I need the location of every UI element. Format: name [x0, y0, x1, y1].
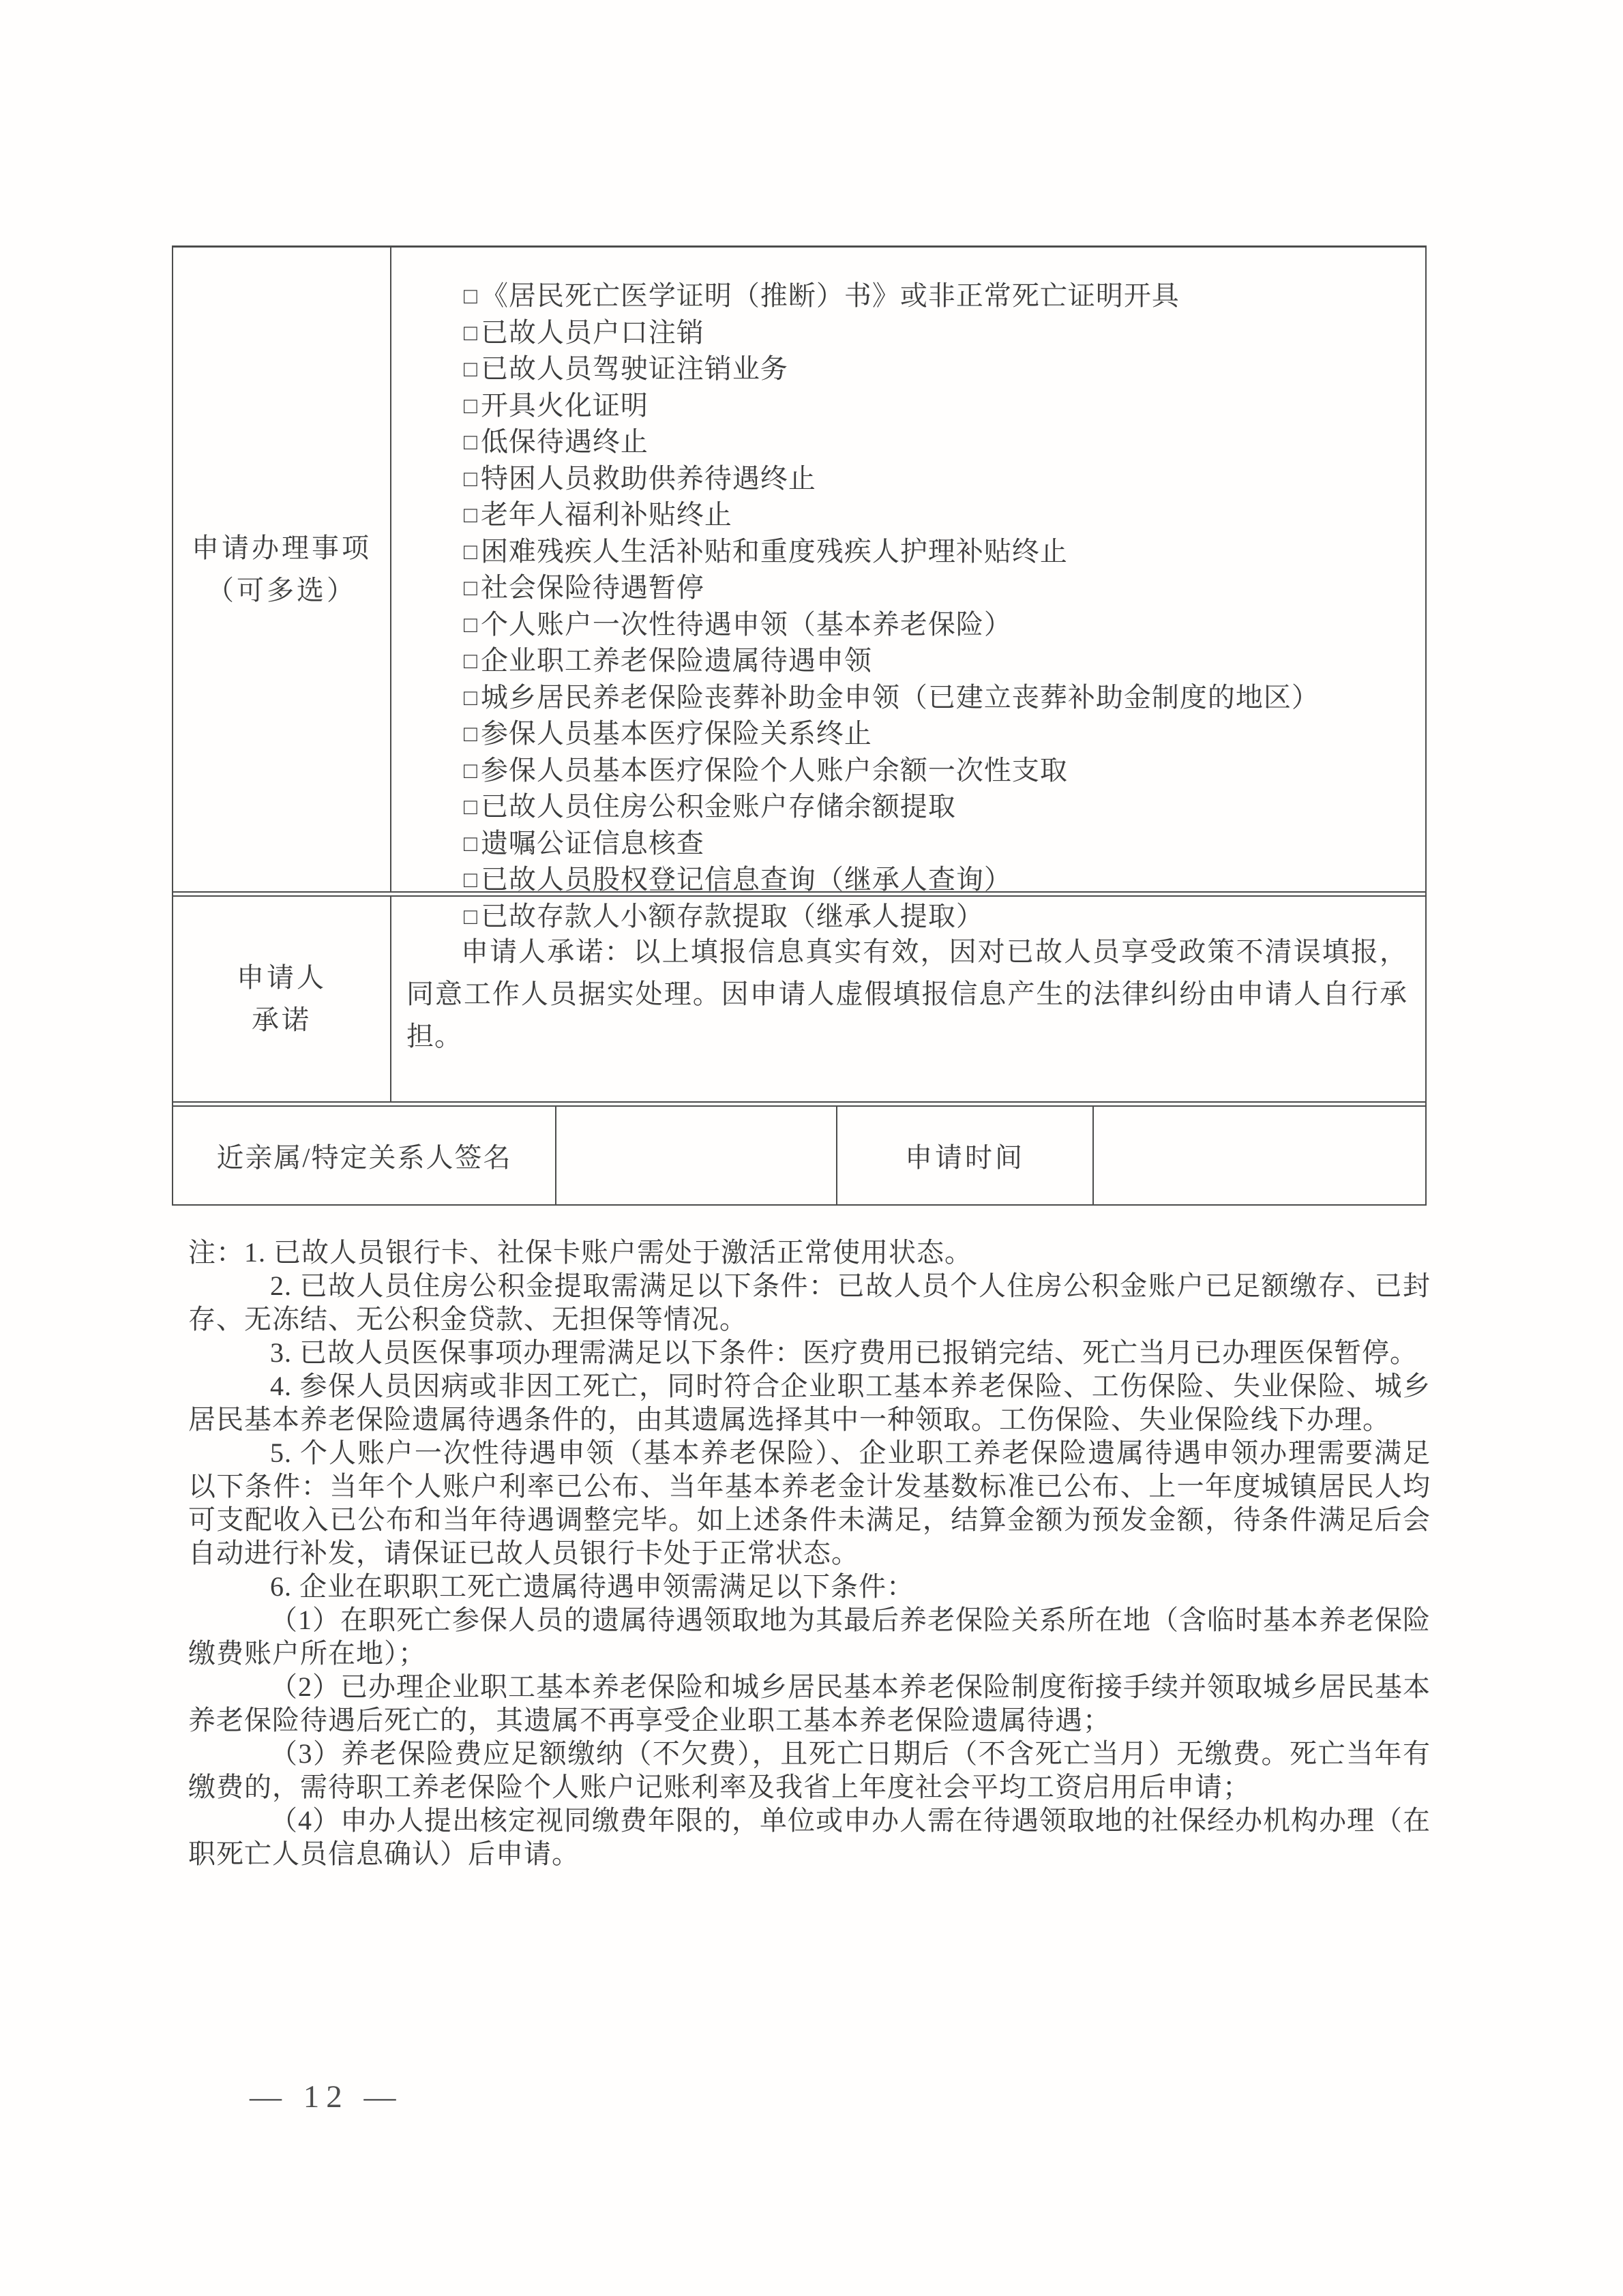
pledge-row-header-line2: 承诺: [252, 999, 312, 1041]
note-paragraph: （4）申办人提出核定视同缴费年限的，单位或申办人需在待遇领取地的社保经办机构办理…: [188, 1804, 1431, 1870]
checkbox-unchecked-icon: □: [464, 718, 478, 752]
signer-name-field: [556, 1107, 837, 1204]
checkbox-item-label: 参保人员基本医疗保险关系终止: [481, 718, 872, 749]
checkbox-unchecked-icon: □: [464, 864, 478, 898]
checkbox-item: □老年人福利补贴终止: [464, 498, 1414, 535]
checkbox-item: □已故人员住房公积金账户存储余额提取: [464, 790, 1414, 826]
checkbox-unchecked-icon: □: [464, 609, 478, 643]
checkbox-item: □已故人员股权登记信息查询（继承人查询）: [464, 863, 1414, 899]
items-row-header: 申请办理事项 （可多选）: [173, 248, 391, 891]
checkbox-unchecked-icon: □: [464, 390, 478, 424]
checkbox-item: □困难残疾人生活补贴和重度残疾人护理补贴终止: [464, 535, 1414, 571]
row-divider: [173, 1101, 1425, 1107]
note-paragraph: （3）养老保险费应足额缴纳（不欠费），且死亡日期后（不含死亡当月）无缴费。死亡当…: [188, 1737, 1431, 1804]
checkbox-item: □参保人员基本医疗保险关系终止: [464, 717, 1414, 754]
checkbox-unchecked-icon: □: [464, 828, 478, 862]
page-number: — 12 —: [250, 2078, 403, 2115]
note-paragraph: 6. 企业在职职工死亡遗属待遇申领需满足以下条件：: [188, 1570, 1431, 1603]
pledge-row-header-line1: 申请人: [237, 957, 327, 999]
pledge-row-header: 申请人 承诺: [173, 897, 391, 1101]
checkbox-item: □城乡居民养老保险丧葬补助金申领（已建立丧葬补助金制度的地区）: [464, 681, 1414, 717]
checkbox-item: □已故人员户口注销: [464, 316, 1414, 353]
checkbox-item-label: 社会保险待遇暂停: [481, 572, 704, 603]
signature-row: 近亲属/特定关系人签名 申请时间: [173, 1107, 1425, 1204]
note-paragraph: 3. 已故人员医保事项办理需满足以下条件：医疗费用已报销完结、死亡当月已办理医保…: [188, 1336, 1431, 1369]
checkbox-unchecked-icon: □: [464, 682, 478, 716]
checkbox-item-label: 已故人员驾驶证注销业务: [481, 353, 788, 384]
checkbox-unchecked-icon: □: [464, 317, 478, 351]
checkbox-item: □低保待遇终止: [464, 425, 1414, 462]
items-row-header-line1: 申请办理事项: [192, 527, 372, 569]
apply-time-label: 申请时间: [837, 1107, 1094, 1204]
checkbox-item-label: 低保待遇终止: [481, 426, 649, 457]
checkbox-item-label: 个人账户一次性待遇申领（基本养老保险）: [481, 609, 1012, 640]
checkbox-item-label: 已故人员户口注销: [481, 317, 704, 348]
pledge-cell: 申请人承诺：以上填报信息真实有效，因对已故人员享受政策不清误填报，同意工作人员据…: [391, 897, 1425, 1101]
checkbox-item-label: 已故人员股权登记信息查询（继承人查询）: [481, 864, 1012, 895]
checkbox-item: □遗嘱公证信息核查: [464, 826, 1414, 863]
checkbox-item-label: 城乡居民养老保险丧葬补助金申领（已建立丧葬补助金制度的地区）: [481, 682, 1320, 713]
checkbox-item-label: 《居民死亡医学证明（推断）书》或非正常死亡证明开具: [481, 280, 1180, 311]
checkbox-unchecked-icon: □: [464, 463, 478, 497]
checkbox-unchecked-icon: □: [464, 353, 478, 387]
checkbox-unchecked-icon: □: [464, 536, 478, 570]
note-paragraph: 4. 参保人员因病或非因工死亡，同时符合企业职工基本养老保险、工伤保险、失业保险…: [188, 1369, 1431, 1436]
apply-time-field: [1094, 1107, 1425, 1204]
items-list: □《居民死亡医学证明（推断）书》或非正常死亡证明开具 □已故人员户口注销 □已故…: [391, 248, 1425, 891]
form-table: 申请办理事项 （可多选） □《居民死亡医学证明（推断）书》或非正常死亡证明开具 …: [172, 245, 1427, 1206]
checkbox-item: □已故人员驾驶证注销业务: [464, 352, 1414, 389]
checkbox-item: □社会保险待遇暂停: [464, 571, 1414, 608]
pledge-row: 申请人 承诺 申请人承诺：以上填报信息真实有效，因对已故人员享受政策不清误填报，…: [173, 897, 1425, 1101]
checkbox-unchecked-icon: □: [464, 499, 478, 533]
checkbox-item: □《居民死亡医学证明（推断）书》或非正常死亡证明开具: [464, 279, 1414, 316]
note-paragraph: 2. 已故人员住房公积金提取需满足以下条件：已故人员个人住房公积金账户已足额缴存…: [188, 1269, 1431, 1336]
pledge-text: 申请人承诺：以上填报信息真实有效，因对已故人员享受政策不清误填报，同意工作人员据…: [406, 931, 1408, 1058]
notes-section: 注：1. 已故人员银行卡、社保卡账户需处于激活正常使用状态。 2. 已故人员住房…: [188, 1236, 1431, 1870]
checkbox-item: □开具火化证明: [464, 389, 1414, 426]
checkbox-item-label: 困难残疾人生活补贴和重度残疾人护理补贴终止: [481, 536, 1068, 567]
checkbox-item: □个人账户一次性待遇申领（基本养老保险）: [464, 608, 1414, 644]
checkbox-unchecked-icon: □: [464, 280, 478, 314]
signer-name-label: 近亲属/特定关系人签名: [173, 1107, 556, 1204]
checkbox-unchecked-icon: □: [464, 755, 478, 789]
items-row-header-line2: （可多选）: [207, 569, 357, 612]
scanned-form-page: 申请办理事项 （可多选） □《居民死亡医学证明（推断）书》或非正常死亡证明开具 …: [0, 0, 1623, 2296]
checkbox-item: □特困人员救助供养待遇终止: [464, 462, 1414, 498]
note-paragraph: （1）在职死亡参保人员的遗属待遇领取地为其最后养老保险关系所在地（含临时基本养老…: [188, 1603, 1431, 1670]
checkbox-unchecked-icon: □: [464, 426, 478, 460]
checkbox-item-label: 遗嘱公证信息核查: [481, 828, 704, 859]
checkbox-item: □参保人员基本医疗保险个人账户余额一次性支取: [464, 754, 1414, 790]
checkbox-item-label: 开具火化证明: [481, 390, 649, 421]
checkbox-item-label: 老年人福利补贴终止: [481, 499, 732, 530]
items-row: 申请办理事项 （可多选） □《居民死亡医学证明（推断）书》或非正常死亡证明开具 …: [173, 248, 1425, 891]
checkbox-item-label: 特困人员救助供养待遇终止: [481, 463, 816, 494]
checkbox-item-label: 企业职工养老保险遗属待遇申领: [481, 645, 872, 676]
note-paragraph: （2）已办理企业职工基本养老保险和城乡居民基本养老保险制度衔接手续并领取城乡居民…: [188, 1670, 1431, 1737]
checkbox-unchecked-icon: □: [464, 572, 478, 606]
checkbox-unchecked-icon: □: [464, 791, 478, 825]
note-paragraph: 注：1. 已故人员银行卡、社保卡账户需处于激活正常使用状态。: [188, 1236, 1431, 1269]
checkbox-unchecked-icon: □: [464, 645, 478, 679]
checkbox-item: □企业职工养老保险遗属待遇申领: [464, 644, 1414, 681]
checkbox-unchecked-icon: □: [464, 901, 478, 935]
checkbox-item-label: 参保人员基本医疗保险个人账户余额一次性支取: [481, 755, 1068, 786]
note-paragraph: 5. 个人账户一次性待遇申领（基本养老保险）、企业职工养老保险遗属待遇申领办理需…: [188, 1436, 1431, 1570]
checkbox-item-label: 已故人员住房公积金账户存储余额提取: [481, 791, 956, 822]
